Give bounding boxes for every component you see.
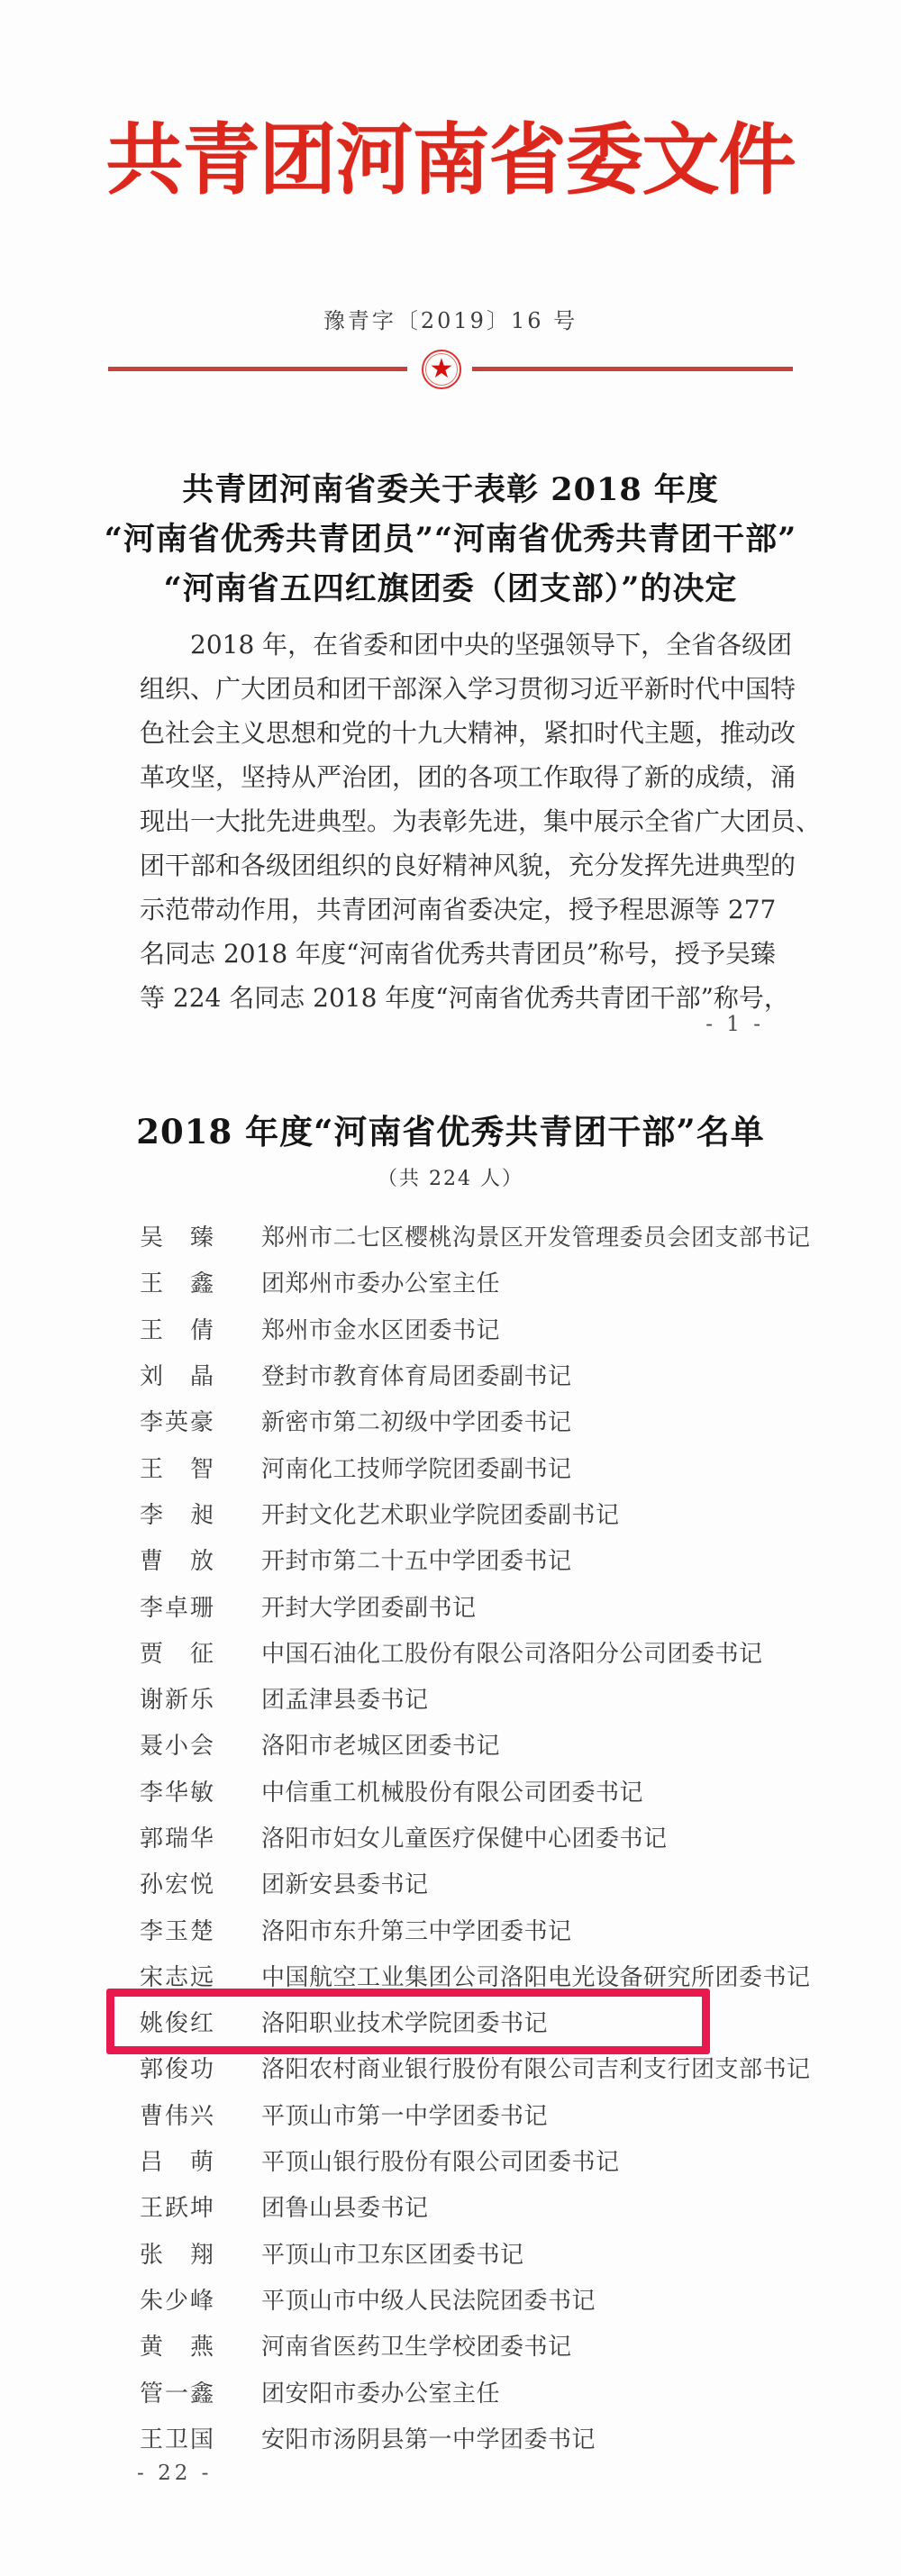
- person-name: 曹放: [140, 1543, 214, 1576]
- roster-row: 谢新乐 团孟津县委书记: [140, 1675, 779, 1721]
- person-position: 平顶山市第一中学团委书记: [261, 2098, 548, 2131]
- person-position: 洛阳市老城区团委书记: [261, 1727, 500, 1761]
- roster-row: 宋志远 中国航空工业集团公司洛阳电光设备研究所团委书记: [140, 1952, 779, 1998]
- person-name: 姚俊红: [140, 2005, 214, 2038]
- person-name: 孙宏悦: [140, 1866, 214, 1899]
- person-name: 张翔: [140, 2236, 214, 2270]
- person-name: 黄燕: [140, 2328, 214, 2362]
- person-name: 刘晶: [140, 1358, 214, 1391]
- roster-row: 王跃坤 团鲁山县委书记: [140, 2183, 779, 2229]
- page-number-22: - 22 -: [137, 2462, 212, 2485]
- document-page: 共青团河南省委文件 豫青字〔2019〕16 号 ★ 共青团河南省委关于表彰 20…: [0, 0, 901, 2576]
- person-name: 李华敏: [140, 1774, 214, 1807]
- star-icon: ★: [423, 351, 460, 387]
- body-line: 现出一大批先进典型。为表彰先进，集中展示全省广大团员、: [140, 799, 776, 843]
- body-line: 2018 年，在省委和团中央的坚强领导下，全省各级团: [140, 623, 776, 667]
- roster-row: 李英豪 新密市第二初级中学团委书记: [140, 1397, 779, 1443]
- person-position: 中信重工机械股份有限公司团委书记: [261, 1774, 643, 1807]
- roster-row: 郭俊功 洛阳农村商业银行股份有限公司吉利支行团支部书记: [140, 2044, 779, 2090]
- roster-row: 王倩 郑州市金水区团委书记: [140, 1306, 779, 1352]
- roster-row: 曹伟兴 平顶山市第一中学团委书记: [140, 2091, 779, 2137]
- doc-number: 豫青字〔2019〕16 号: [0, 303, 901, 334]
- person-name: 聂小会: [140, 1727, 214, 1761]
- person-position: 开封文化艺术职业学院团委副书记: [261, 1497, 620, 1530]
- person-name: 贾征: [140, 1635, 214, 1669]
- body-line: 名同志 2018 年度“河南省优秀共青团员”称号，授予吴臻: [140, 932, 776, 976]
- roster-row: 黄燕 河南省医药卫生学校团委书记: [140, 2322, 779, 2368]
- person-name: 吴臻: [140, 1219, 214, 1252]
- divider-line-right: [472, 367, 793, 371]
- roster-row: 王卫国 安阳市汤阴县第一中学团委书记: [140, 2415, 779, 2461]
- person-name: 王鑫: [140, 1265, 214, 1298]
- person-name: 王倩: [140, 1312, 214, 1345]
- person-name: 郭瑞华: [140, 1820, 214, 1853]
- person-position: 郑州市金水区团委书记: [261, 1312, 500, 1345]
- divider-line-left: [108, 367, 407, 371]
- person-position: 河南省医药卫生学校团委书记: [261, 2328, 572, 2362]
- star-badge: ★: [422, 350, 461, 389]
- person-position: 团安阳市委办公室主任: [261, 2375, 500, 2408]
- roster-row: 朱少峰 平顶山市中级人民法院团委书记: [140, 2276, 779, 2322]
- person-position: 平顶山市卫东区团委书记: [261, 2236, 524, 2270]
- person-name: 宋志远: [140, 1959, 214, 1992]
- decision-title-line: “河南省五四红旗团委（团支部）”的决定: [0, 564, 901, 614]
- person-position: 开封大学团委副书记: [261, 1589, 477, 1623]
- decision-title-line: 共青团河南省委关于表彰 2018 年度: [0, 465, 901, 514]
- roster-row: 王鑫 团郑州市委办公室主任: [140, 1259, 779, 1305]
- person-position: 团新安县委书记: [261, 1866, 429, 1899]
- decision-title: 共青团河南省委关于表彰 2018 年度 “河南省优秀共青团员”“河南省优秀共青团…: [0, 465, 901, 614]
- body-line: 色社会主义思想和党的十九大精神，紧扣时代主题，推动改: [140, 711, 776, 755]
- person-name: 李英豪: [140, 1404, 214, 1437]
- letterhead-title: 共青团河南省委文件: [0, 97, 901, 209]
- roster-row: 曹放 开封市第二十五中学团委书记: [140, 1536, 779, 1582]
- roster-row: 管一鑫 团安阳市委办公室主任: [140, 2368, 779, 2414]
- roster-row: 贾征 中国石油化工股份有限公司洛阳分公司团委书记: [140, 1629, 779, 1675]
- person-position: 平顶山市中级人民法院团委书记: [261, 2282, 596, 2316]
- body-line: 示范带动作用，共青团河南省委决定，授予程思源等 277: [140, 887, 776, 932]
- roster-row: 张翔 平顶山市卫东区团委书记: [140, 2230, 779, 2276]
- person-name: 曹伟兴: [140, 2098, 214, 2131]
- body-line: 革攻坚，坚持从严治团，团的各项工作取得了新的成绩，涌: [140, 755, 776, 799]
- page-number-1: - 1 -: [705, 1013, 764, 1036]
- roster-subtitle: （共 224 人）: [0, 1163, 901, 1191]
- roster-row: 李昶 开封文化艺术职业学院团委副书记: [140, 1490, 779, 1536]
- person-name: 王跃坤: [140, 2189, 214, 2223]
- roster-row: 刘晶 登封市教育体育局团委副书记: [140, 1352, 779, 1397]
- person-name: 吕萌: [140, 2144, 214, 2177]
- person-name: 朱少峰: [140, 2282, 214, 2316]
- person-name: 王智: [140, 1451, 214, 1484]
- roster-row: 吕萌 平顶山银行股份有限公司团委书记: [140, 2137, 779, 2183]
- person-name: 管一鑫: [140, 2375, 214, 2408]
- person-position: 登封市教育体育局团委副书记: [261, 1358, 572, 1391]
- person-position: 河南化工技师学院团委副书记: [261, 1451, 572, 1484]
- roster-row: 姚俊红 洛阳职业技术学院团委书记: [140, 1998, 779, 2044]
- person-position: 团鲁山县委书记: [261, 2189, 429, 2223]
- roster-row: 李玉楚 洛阳市东升第三中学团委书记: [140, 1906, 779, 1952]
- person-name: 李昶: [140, 1497, 214, 1530]
- person-position: 洛阳农村商业银行股份有限公司吉利支行团支部书记: [261, 2051, 811, 2084]
- person-position: 洛阳市东升第三中学团委书记: [261, 1913, 572, 1946]
- roster-row: 王智 河南化工技师学院团委副书记: [140, 1443, 779, 1489]
- person-name: 李玉楚: [140, 1913, 214, 1946]
- body-line: 等 224 名同志 2018 年度“河南省优秀共青团干部”称号，: [140, 976, 776, 1020]
- person-name: 谢新乐: [140, 1681, 214, 1715]
- person-position: 中国石油化工股份有限公司洛阳分公司团委书记: [261, 1635, 763, 1669]
- person-position: 开封市第二十五中学团委书记: [261, 1543, 572, 1576]
- roster-row: 李卓珊 开封大学团委副书记: [140, 1582, 779, 1628]
- roster-row: 孙宏悦 团新安县委书记: [140, 1860, 779, 1906]
- body-line: 组织、广大团员和团干部深入学习贯彻习近平新时代中国特: [140, 667, 776, 711]
- person-position: 安阳市汤阴县第一中学团委书记: [261, 2421, 596, 2454]
- decision-body: 2018 年，在省委和团中央的坚强领导下，全省各级团 组织、广大团员和团干部深入…: [140, 623, 776, 1020]
- body-line: 团干部和各级团组织的良好精神风貌，充分发挥先进典型的: [140, 843, 776, 887]
- person-position: 团孟津县委书记: [261, 1681, 429, 1715]
- person-position: 新密市第二初级中学团委书记: [261, 1404, 572, 1437]
- letterhead-divider: ★: [108, 350, 793, 391]
- person-name: 郭俊功: [140, 2051, 214, 2084]
- person-position: 郑州市二七区樱桃沟景区开发管理委员会团支部书记: [261, 1219, 811, 1252]
- roster-row: 郭瑞华 洛阳市妇女儿童医疗保健中心团委书记: [140, 1814, 779, 1860]
- roster-title: 2018 年度“河南省优秀共青团干部”名单: [0, 1105, 901, 1153]
- person-position: 团郑州市委办公室主任: [261, 1265, 500, 1298]
- person-name: 王卫国: [140, 2421, 214, 2454]
- decision-title-line: “河南省优秀共青团员”“河南省优秀共青团干部”: [0, 514, 901, 564]
- person-position: 平顶山银行股份有限公司团委书记: [261, 2144, 620, 2177]
- roster-list: 吴臻 郑州市二七区樱桃沟景区开发管理委员会团支部书记 王鑫 团郑州市委办公室主任…: [140, 1213, 779, 2461]
- roster-row: 李华敏 中信重工机械股份有限公司团委书记: [140, 1768, 779, 1814]
- roster-row: 吴臻 郑州市二七区樱桃沟景区开发管理委员会团支部书记: [140, 1213, 779, 1259]
- roster-row: 聂小会 洛阳市老城区团委书记: [140, 1721, 779, 1767]
- person-position: 洛阳职业技术学院团委书记: [261, 2005, 548, 2038]
- person-position: 中国航空工业集团公司洛阳电光设备研究所团委书记: [261, 1959, 811, 1992]
- person-position: 洛阳市妇女儿童医疗保健中心团委书记: [261, 1820, 668, 1853]
- person-name: 李卓珊: [140, 1589, 214, 1623]
